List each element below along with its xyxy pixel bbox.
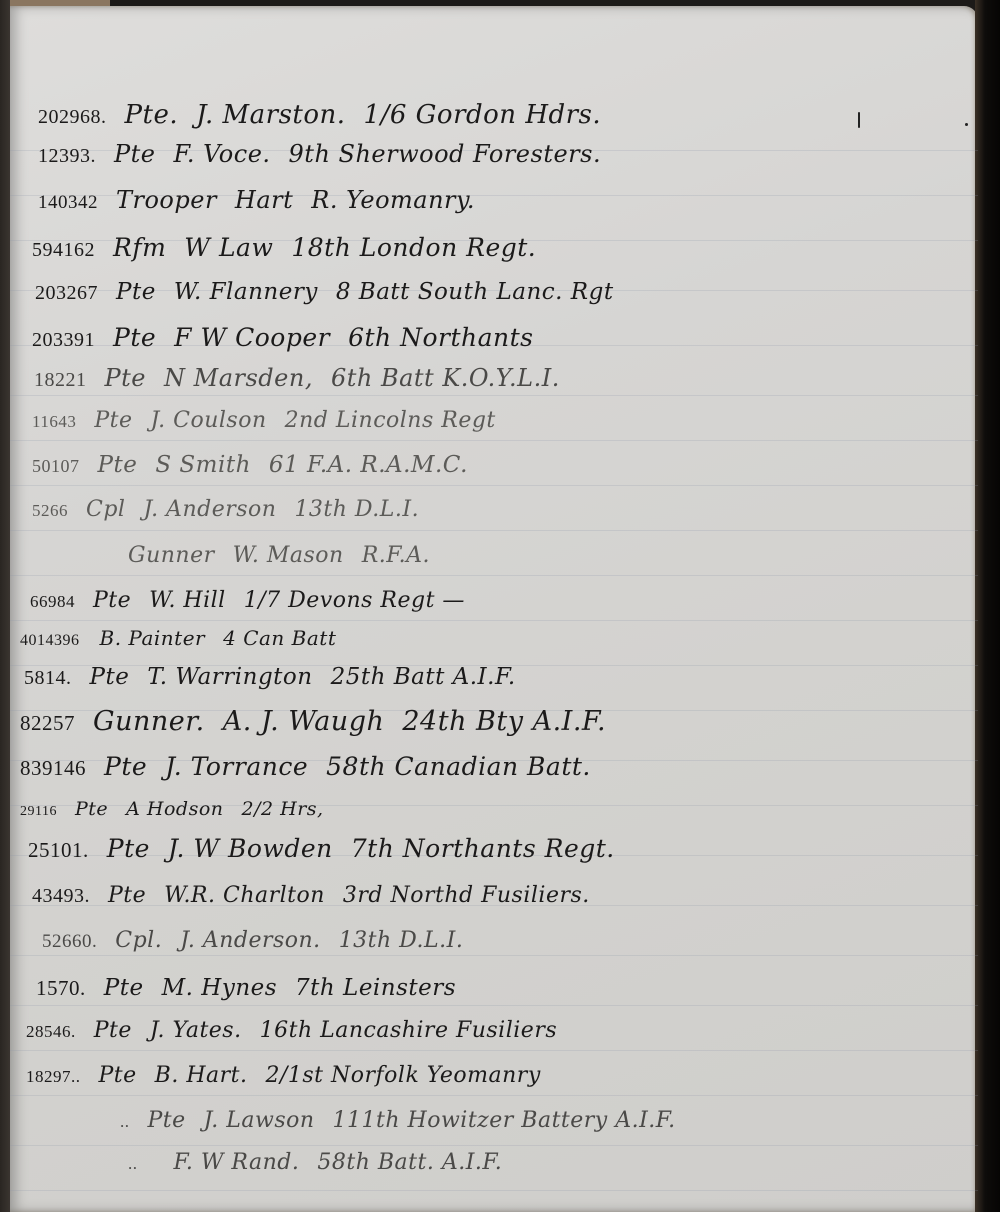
soldier-name: F W Cooper bbox=[174, 323, 330, 352]
ledger-entry: ..F. W Rand.58th Batt. A.I.F. bbox=[128, 1150, 520, 1175]
service-number: 25101. bbox=[28, 838, 89, 863]
ledger-photo: 202968.Pte.J. Marston.1/6 Gordon Hdrs. 1… bbox=[0, 0, 1000, 1212]
service-number: 18297.. bbox=[26, 1067, 81, 1087]
ledger-entry: 5266CplJ. Anderson13th D.L.I. bbox=[32, 497, 437, 522]
unit: 8 Batt South Lanc. Rgt bbox=[336, 279, 614, 305]
rank: Pte bbox=[107, 834, 150, 863]
service-number: 82257 bbox=[20, 711, 75, 736]
ledger-entry: 66984PteW. Hill1/7 Devons Regt — bbox=[30, 588, 483, 613]
ledger-entry: 52660.Cpl.J. Anderson.13th D.L.I. bbox=[42, 928, 481, 953]
unit: 4 Can Batt bbox=[223, 626, 336, 650]
soldier-name: W. Flannery bbox=[174, 279, 318, 305]
rank: Pte. bbox=[125, 100, 179, 130]
unit: 58th Batt. A.I.F. bbox=[317, 1150, 502, 1175]
rank: Pte bbox=[104, 975, 144, 1001]
rank: Pte bbox=[75, 798, 108, 820]
rank: Trooper bbox=[116, 186, 217, 214]
soldier-name: J. Coulson bbox=[151, 408, 267, 433]
rank: Pte bbox=[99, 1063, 137, 1088]
service-number: 839146 bbox=[20, 756, 86, 781]
soldier-name: A Hodson bbox=[126, 798, 223, 820]
unit: 6th Batt K.O.Y.L.I. bbox=[331, 364, 560, 392]
rank: Pte bbox=[104, 752, 147, 781]
rank: Gunner. bbox=[93, 706, 205, 737]
soldier-name: J. Torrance bbox=[165, 752, 308, 781]
ledger-entry: 12393.PteF. Voce.9th Sherwood Foresters. bbox=[38, 140, 619, 168]
page-edge-shadow bbox=[975, 0, 1000, 1212]
unit: R. Yeomanry. bbox=[311, 186, 475, 214]
soldier-name: J. Lawson bbox=[204, 1108, 315, 1133]
rank: Pte bbox=[90, 664, 130, 690]
ledger-entry: 29116PteA Hodson2/2 Hrs, bbox=[20, 798, 342, 820]
ledger-entry: ..PteJ. Lawson111th Howitzer Battery A.I… bbox=[120, 1108, 694, 1133]
soldier-name: J. W Bowden bbox=[168, 834, 333, 863]
unit: 7th Leinsters bbox=[295, 975, 456, 1001]
unit: 16th Lancashire Fusiliers bbox=[260, 1018, 558, 1043]
ruled-line bbox=[10, 1145, 978, 1146]
ruled-line bbox=[10, 1050, 978, 1051]
ledger-entry: 594162RfmW Law18th London Regt. bbox=[32, 233, 554, 262]
unit: 1/7 Devons Regt — bbox=[244, 588, 465, 613]
soldier-name: J. Anderson bbox=[143, 497, 276, 522]
ruled-line bbox=[10, 485, 978, 486]
ledger-entry: GunnerW. MasonR.F.A. bbox=[110, 543, 448, 568]
soldier-name: J. Marston. bbox=[196, 100, 345, 130]
ledger-entry: 203391PteF W Cooper6th Northants bbox=[32, 323, 552, 352]
soldier-name: J. Yates. bbox=[150, 1018, 242, 1043]
service-number: 11643 bbox=[32, 412, 76, 432]
soldier-name: B. Painter bbox=[100, 626, 206, 650]
unit: 58th Canadian Batt. bbox=[326, 752, 591, 781]
unit: 13th D.L.I. bbox=[339, 928, 464, 953]
soldier-name: B. Hart. bbox=[155, 1063, 248, 1088]
service-number: 140342 bbox=[38, 192, 98, 214]
unit: 2/2 Hrs, bbox=[242, 798, 324, 820]
soldier-name: A. J. Waugh bbox=[223, 706, 385, 737]
rank: Pte bbox=[94, 408, 132, 433]
ink-speck bbox=[965, 123, 968, 126]
service-number: 28546. bbox=[26, 1022, 76, 1042]
ruled-line bbox=[10, 620, 978, 621]
service-number: 594162 bbox=[32, 239, 95, 262]
ledger-entry: 202968.Pte.J. Marston.1/6 Gordon Hdrs. bbox=[38, 100, 619, 130]
unit: 9th Sherwood Foresters. bbox=[289, 140, 602, 168]
rank: Rfm bbox=[113, 233, 166, 262]
unit: 7th Northants Regt. bbox=[351, 834, 615, 863]
rank: Pte bbox=[108, 883, 146, 908]
rank: Pte bbox=[113, 323, 156, 352]
ruled-line bbox=[10, 1190, 978, 1191]
rank: Pte bbox=[98, 452, 138, 478]
ledger-entry: 11643PteJ. Coulson2nd Lincolns Regt bbox=[32, 408, 514, 433]
ledger-entry: 140342TrooperHartR. Yeomanry. bbox=[38, 186, 493, 214]
unit: 13th D.L.I. bbox=[294, 497, 419, 522]
ledger-entry: 4014396B. Painter4 Can Batt bbox=[20, 626, 354, 650]
service-number: 43493. bbox=[32, 885, 90, 908]
rank: Pte bbox=[94, 1018, 132, 1043]
service-number: 203267 bbox=[35, 282, 98, 305]
service-number: 1570. bbox=[36, 976, 86, 1001]
rank: Cpl. bbox=[115, 928, 162, 953]
rank: Cpl bbox=[86, 497, 125, 522]
soldier-name: W.R. Charlton bbox=[164, 883, 325, 908]
soldier-name: Hart bbox=[235, 186, 293, 214]
unit: 1/6 Gordon Hdrs. bbox=[364, 100, 602, 130]
unit: 61 F.A. R.A.M.C. bbox=[269, 452, 468, 478]
unit: R.F.A. bbox=[362, 543, 430, 568]
ruled-line bbox=[10, 575, 978, 576]
book-binding bbox=[0, 0, 10, 1212]
service-number: .. bbox=[128, 1154, 138, 1174]
unit: 2nd Lincolns Regt bbox=[285, 408, 496, 433]
ledger-entry: 18221PteN Marsden,6th Batt K.O.Y.L.I. bbox=[34, 364, 578, 392]
rank: Gunner bbox=[128, 543, 215, 568]
ledger-entry: 28546.PteJ. Yates.16th Lancashire Fusili… bbox=[26, 1018, 575, 1043]
service-number: 202968. bbox=[38, 106, 107, 129]
soldier-name: W Law bbox=[184, 233, 273, 262]
ledger-entry: 50107PteS Smith61 F.A. R.A.M.C. bbox=[32, 452, 486, 478]
ruled-line bbox=[10, 1095, 978, 1096]
ledger-entry: 203267PteW. Flannery8 Batt South Lanc. R… bbox=[35, 279, 632, 305]
unit: 3rd Northd Fusiliers. bbox=[343, 883, 590, 908]
service-number: 203391 bbox=[32, 329, 95, 352]
soldier-name: S Smith bbox=[155, 452, 251, 478]
service-number: 5266 bbox=[32, 501, 68, 521]
service-number: 5814. bbox=[24, 667, 72, 690]
ruled-line bbox=[10, 395, 978, 396]
soldier-name: T. Warrington bbox=[147, 664, 312, 690]
ledger-entry: 5814.PteT. Warrington25th Batt A.I.F. bbox=[24, 664, 534, 690]
unit: 18th London Regt. bbox=[291, 233, 536, 262]
unit: 6th Northants bbox=[348, 323, 533, 352]
unit: 25th Batt A.I.F. bbox=[331, 664, 516, 690]
soldier-name: N Marsden, bbox=[164, 364, 313, 392]
rank: Pte bbox=[116, 279, 156, 305]
soldier-name: J. Anderson. bbox=[180, 928, 320, 953]
service-number: 18221 bbox=[34, 369, 87, 392]
ledger-entry: 1570.PteM. Hynes7th Leinsters bbox=[36, 975, 474, 1001]
pen-mark bbox=[858, 112, 860, 128]
service-number: 50107 bbox=[32, 456, 80, 477]
service-number: 29116 bbox=[20, 804, 57, 820]
unit: 111th Howitzer Battery A.I.F. bbox=[333, 1108, 676, 1133]
soldier-name: W. Hill bbox=[149, 588, 226, 613]
ledger-entry: 18297..PteB. Hart.2/1st Norfolk Yeomanry bbox=[26, 1063, 559, 1088]
rank: Pte bbox=[105, 364, 147, 392]
ledger-entry: 82257Gunner.A. J. Waugh24th Bty A.I.F. bbox=[20, 706, 624, 737]
ledger-entry: 839146PteJ. Torrance58th Canadian Batt. bbox=[20, 752, 609, 781]
soldier-name: F. Voce. bbox=[174, 140, 271, 168]
ledger-entry: 43493.PteW.R. Charlton3rd Northd Fusilie… bbox=[32, 883, 608, 908]
rank: Pte bbox=[114, 140, 156, 168]
ruled-line bbox=[10, 440, 978, 441]
service-number: 52660. bbox=[42, 931, 97, 953]
service-number: .. bbox=[120, 1112, 130, 1132]
soldier-name: F. W Rand. bbox=[174, 1150, 300, 1175]
ruled-line bbox=[10, 955, 978, 956]
soldier-name: M. Hynes bbox=[162, 975, 277, 1001]
unit: 24th Bty A.I.F. bbox=[402, 706, 606, 737]
rank: Pte bbox=[93, 588, 131, 613]
service-number: 66984 bbox=[30, 592, 75, 612]
rank: Pte bbox=[148, 1108, 186, 1133]
ruled-line bbox=[10, 1005, 978, 1006]
ledger-entry: 25101.PteJ. W Bowden7th Northants Regt. bbox=[28, 834, 633, 863]
unit: 2/1st Norfolk Yeomanry bbox=[265, 1063, 540, 1088]
ruled-line bbox=[10, 530, 978, 531]
service-number: 4014396 bbox=[20, 632, 80, 650]
service-number: 12393. bbox=[38, 145, 96, 168]
soldier-name: W. Mason bbox=[233, 543, 344, 568]
